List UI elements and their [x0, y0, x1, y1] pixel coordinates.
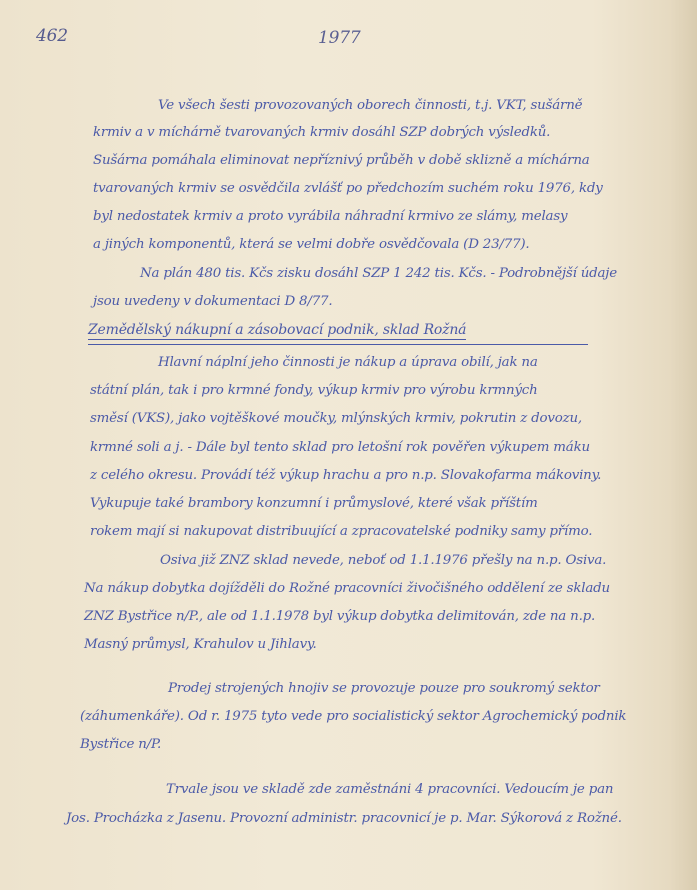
text-line: Prodej strojených hnojiv se provozuje po… — [168, 681, 600, 696]
text-line: ZNZ Bystřice n/P., ale od 1.1.1978 byl v… — [84, 609, 595, 624]
text-line: Jos. Procházka z Jasenu. Provozní admini… — [66, 811, 622, 826]
text-line: Osiva již ZNZ sklad nevede, neboť od 1.1… — [160, 553, 606, 568]
text-line: Na nákup dobytka dojížděli do Rožné prac… — [84, 581, 610, 596]
text-line: Trvale jsou ve skladě zde zaměstnáni 4 p… — [166, 782, 613, 797]
year-heading: 1977 — [318, 28, 360, 48]
text-line: směsí (VKS), jako vojtěškové moučky, mlý… — [90, 411, 582, 426]
text-line: Ve všech šesti provozovaných oborech čin… — [158, 98, 582, 113]
text-line: Vykupuje také brambory konzumní i průmys… — [90, 496, 538, 511]
heading-double-underline — [88, 344, 588, 345]
text-line: byl nedostatek krmiv a proto vyrábila ná… — [93, 209, 567, 224]
text-line: Bystřice n/P. — [80, 737, 161, 752]
text-line: krmiv a v míchárně tvarovaných krmiv dos… — [93, 125, 550, 140]
text-line: tvarovaných krmiv se osvědčila zvlášť po… — [93, 181, 603, 196]
section-heading: Zemědělský nákupní a zásobovací podnik, … — [88, 322, 466, 340]
page-number: 462 — [36, 26, 68, 46]
text-line: Na plán 480 tis. Kčs zisku dosáhl SZP 1 … — [140, 266, 617, 281]
text-line: a jiných komponentů, která se velmi dobř… — [93, 237, 529, 252]
text-line: krmné soli a j. - Dále byl tento sklad p… — [90, 440, 590, 455]
text-line: jsou uvedeny v dokumentaci D 8/77. — [93, 294, 332, 309]
text-line: (záhumenkáře). Od r. 1975 tyto vede pro … — [80, 709, 626, 724]
text-line: Masný průmysl, Krahulov u Jihlavy. — [84, 637, 317, 652]
text-line: Hlavní náplní jeho činnosti je nákup a ú… — [158, 355, 538, 370]
scanned-page: 462 1977 Ve všech šesti provozovaných ob… — [0, 0, 697, 890]
text-line: z celého okresu. Provádí též výkup hrach… — [90, 468, 601, 483]
text-line: Sušárna pomáhala eliminovat nepříznivý p… — [93, 153, 590, 168]
text-line: rokem mají si nakupovat distribuující a … — [90, 524, 592, 539]
text-line: státní plán, tak i pro krmné fondy, výku… — [90, 383, 538, 398]
